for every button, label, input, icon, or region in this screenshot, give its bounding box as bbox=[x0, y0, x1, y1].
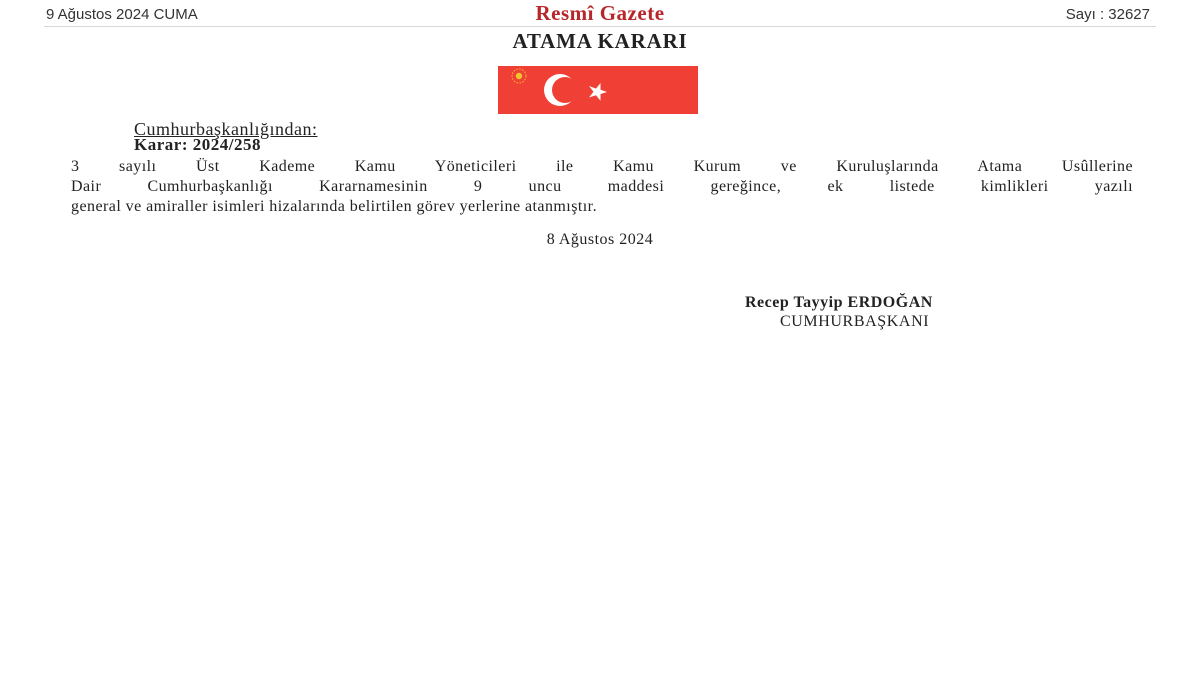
signing-date: 8 Ağustos 2024 bbox=[0, 231, 1200, 249]
turkish-flag-icon bbox=[498, 66, 698, 114]
body-line: general ve amiraller isimleri hizalarınd… bbox=[71, 197, 1133, 217]
gazette-header: 9 Ağustos 2024 CUMA Resmî Gazete Sayı : … bbox=[44, 0, 1156, 27]
issue-number: Sayı : 32627 bbox=[1066, 6, 1150, 23]
body-line: Dair Cumhurbaşkanlığı Kararnamesinin 9 u… bbox=[71, 177, 1133, 197]
decision-number: Karar: 2024/258 bbox=[134, 135, 261, 155]
signer-title: CUMHURBAŞKANI bbox=[780, 313, 929, 331]
document-title: ATAMA KARARI bbox=[0, 29, 1200, 54]
body-line: 3 sayılı Üst Kademe Kamu Yöneticileri il… bbox=[71, 157, 1133, 177]
decision-body: 3 sayılı Üst Kademe Kamu Yöneticileri il… bbox=[71, 157, 1133, 217]
publication-title: Resmî Gazete bbox=[44, 1, 1156, 26]
signer-name: Recep Tayyip ERDOĞAN bbox=[745, 294, 933, 312]
